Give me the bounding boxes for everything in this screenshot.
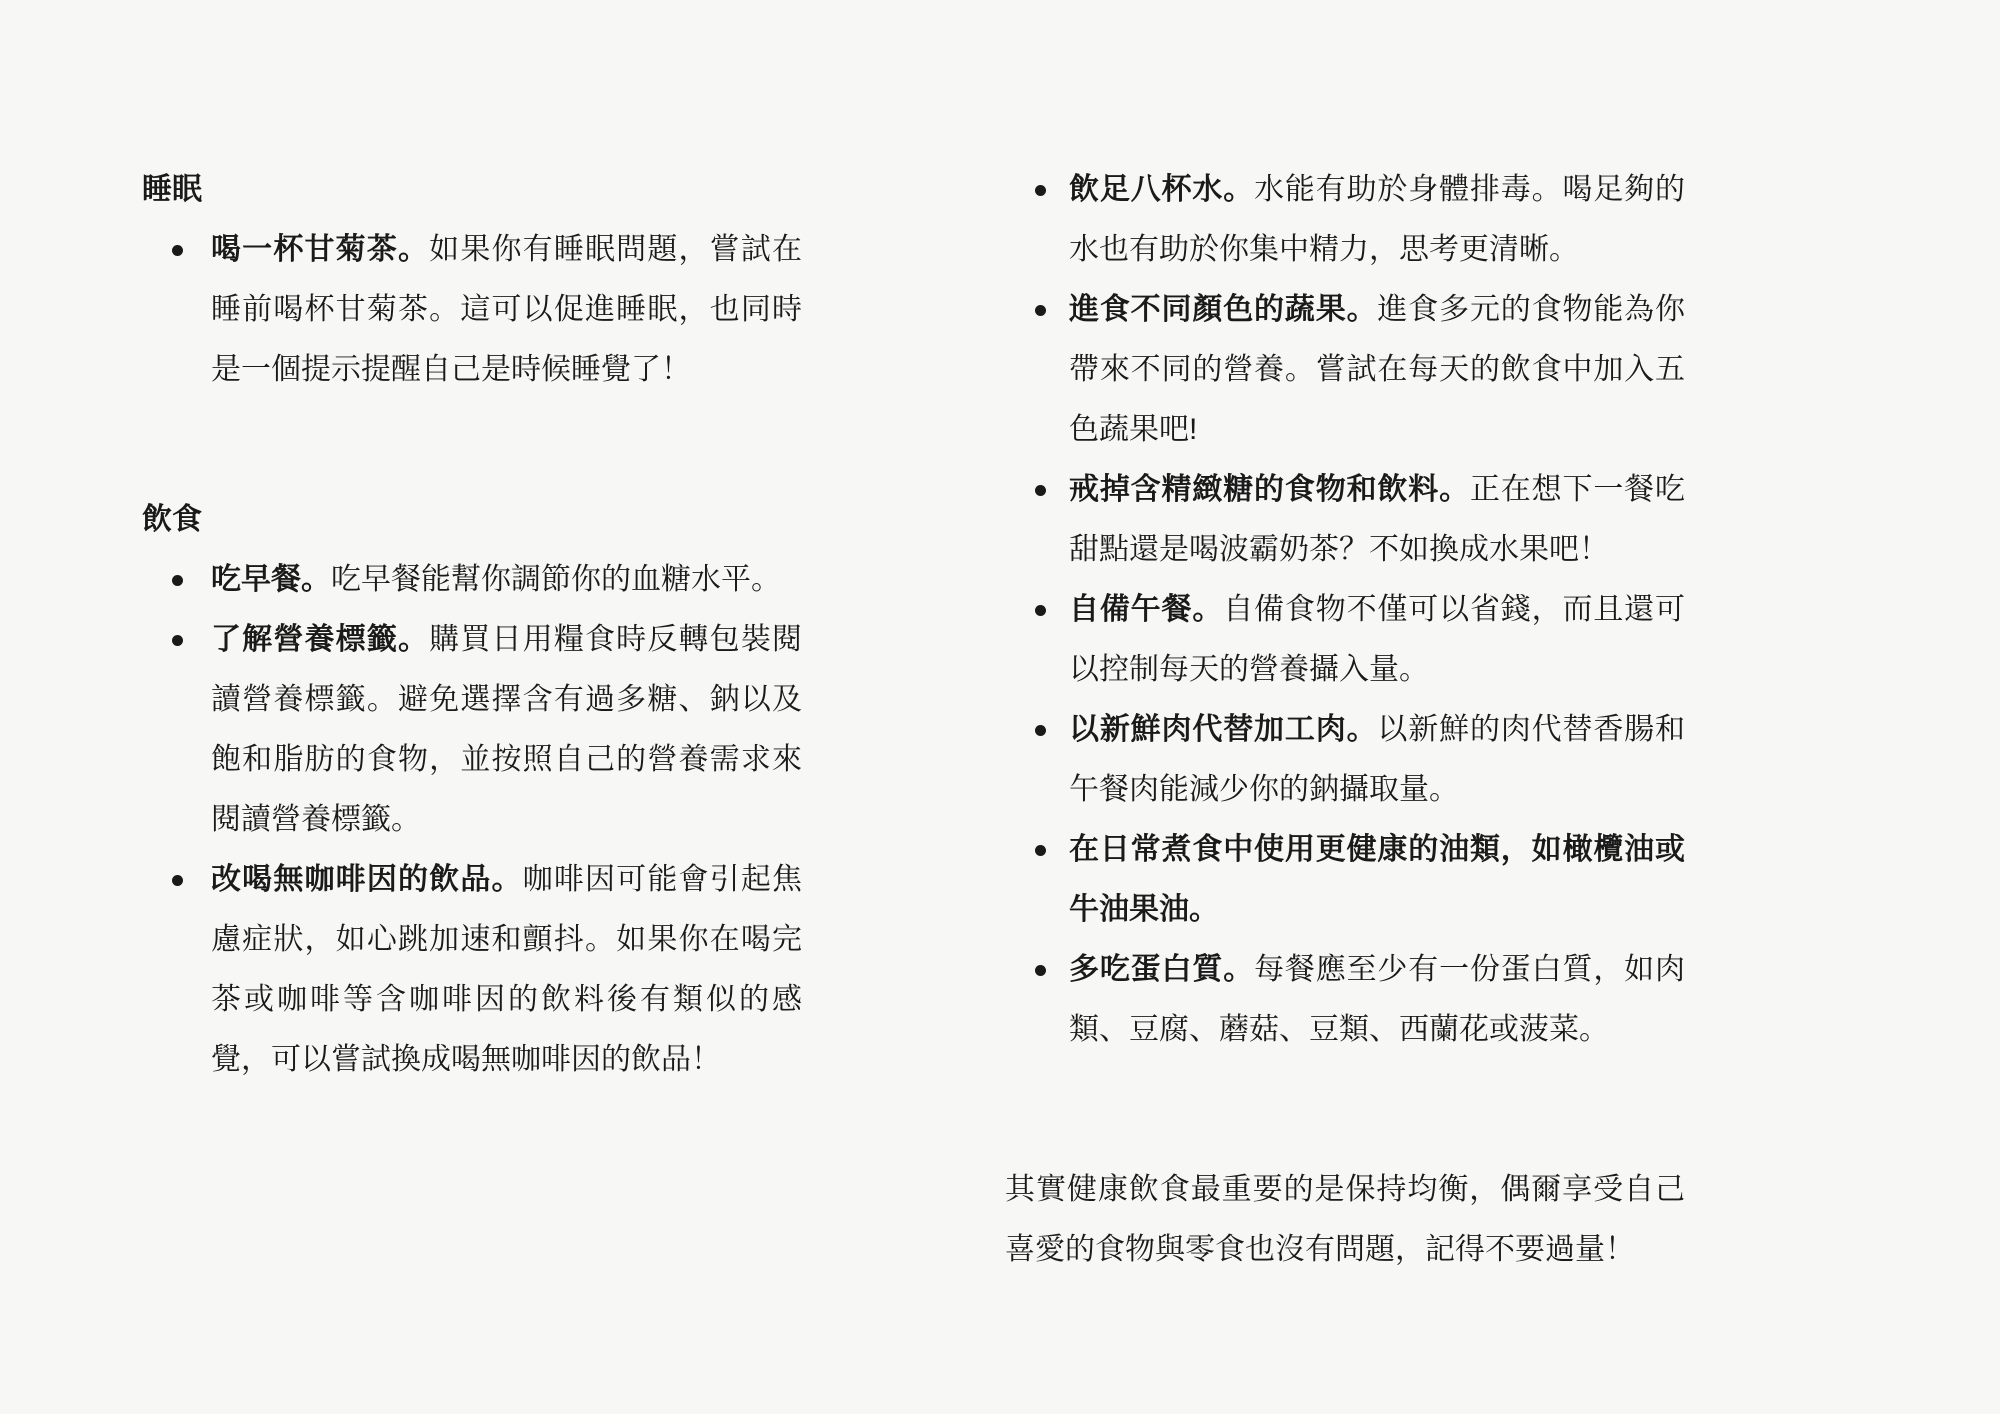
tip-lead: 自備午餐。 (1069, 593, 1223, 626)
tip-item-quit-refined-sugar: 戒掉含精緻糖的食物和飲料。正在想下一餐吃甜點還是喝波霸奶茶？不如換成水果吧！ (1069, 460, 1685, 580)
tip-item-breakfast: 吃早餐。吃早餐能幫你調節你的血糖水平。 (211, 550, 802, 610)
sleep-section: 睡眠 喝一杯甘菊茶。如果你有睡眠問題，嘗試在睡前喝杯甘菊茶。這可以促進睡眠，也同… (142, 160, 802, 400)
tip-item-healthy-oils: 在日常煮食中使用更健康的油類，如橄欖油或牛油果油。 (1069, 820, 1685, 940)
diet-section: 飲食 吃早餐。吃早餐能幫你調節你的血糖水平。 了解營養標籤。購買日用糧食時反轉包… (142, 490, 802, 1090)
tip-item-eight-glasses-water: 飲足八杯水。水能有助於身體排毒。喝足夠的水也有助於你集中精力，思考更清晰。 (1069, 160, 1685, 280)
sleep-tips-list: 喝一杯甘菊茶。如果你有睡眠問題，嘗試在睡前喝杯甘菊茶。這可以促進睡眠，也同時是一… (142, 220, 802, 400)
tip-lead: 飲足八杯水。 (1069, 173, 1254, 206)
tip-lead: 以新鮮肉代替加工肉。 (1069, 713, 1377, 746)
tip-lead: 戒掉含精緻糖的食物和飲料。 (1069, 473, 1470, 506)
tip-item-decaf-drinks: 改喝無咖啡因的飲品。咖啡因可能會引起焦慮症狀，如心跳加速和顫抖。如果你在喝完茶或… (211, 850, 802, 1090)
tip-item-nutrition-labels: 了解營養標籤。購買日用糧食時反轉包裝閱讀營養標籤。避免選擇含有過多糖、鈉以及飽和… (211, 610, 802, 850)
tip-item-pack-lunch: 自備午餐。自備食物不僅可以省錢，而且還可以控制每天的營養攝入量。 (1069, 580, 1685, 700)
tip-item-chamomile-tea: 喝一杯甘菊茶。如果你有睡眠問題，嘗試在睡前喝杯甘菊茶。這可以促進睡眠，也同時是一… (211, 220, 802, 400)
right-column: 飲足八杯水。水能有助於身體排毒。喝足夠的水也有助於你集中精力，思考更清晰。 進食… (1005, 160, 1685, 1280)
tip-lead: 了解營養標籤。 (211, 623, 429, 656)
tip-body: 吃早餐能幫你調節你的血糖水平。 (331, 563, 781, 596)
tip-lead: 改喝無咖啡因的飲品。 (211, 863, 523, 896)
diet-heading: 飲食 (142, 490, 802, 550)
closing-paragraph: 其實健康飲食最重要的是保持均衡，偶爾享受自己喜愛的食物與零食也沒有問題，記得不要… (1005, 1160, 1685, 1280)
sleep-heading: 睡眠 (142, 160, 802, 220)
tip-lead: 進食不同顏色的蔬果。 (1069, 293, 1377, 326)
diet-tips-list-continued: 飲足八杯水。水能有助於身體排毒。喝足夠的水也有助於你集中精力，思考更清晰。 進食… (1005, 160, 1685, 1060)
diet-tips-list: 吃早餐。吃早餐能幫你調節你的血糖水平。 了解營養標籤。購買日用糧食時反轉包裝閱讀… (142, 550, 802, 1090)
tip-lead: 吃早餐。 (211, 563, 331, 596)
left-column: 睡眠 喝一杯甘菊茶。如果你有睡眠問題，嘗試在睡前喝杯甘菊茶。這可以促進睡眠，也同… (142, 160, 802, 1090)
tip-item-more-protein: 多吃蛋白質。每餐應至少有一份蛋白質，如肉類、豆腐、蘑菇、豆類、西蘭花或菠菜。 (1069, 940, 1685, 1060)
tip-lead: 喝一杯甘菊茶。 (211, 233, 429, 266)
tip-lead: 多吃蛋白質。 (1069, 953, 1254, 986)
tip-item-fresh-meat: 以新鮮肉代替加工肉。以新鮮的肉代替香腸和午餐肉能減少你的鈉攝取量。 (1069, 700, 1685, 820)
tip-lead: 在日常煮食中使用更健康的油類，如橄欖油或牛油果油。 (1069, 833, 1685, 926)
tip-item-colorful-produce: 進食不同顏色的蔬果。進食多元的食物能為你帶來不同的營養。嘗試在每天的飲食中加入五… (1069, 280, 1685, 460)
